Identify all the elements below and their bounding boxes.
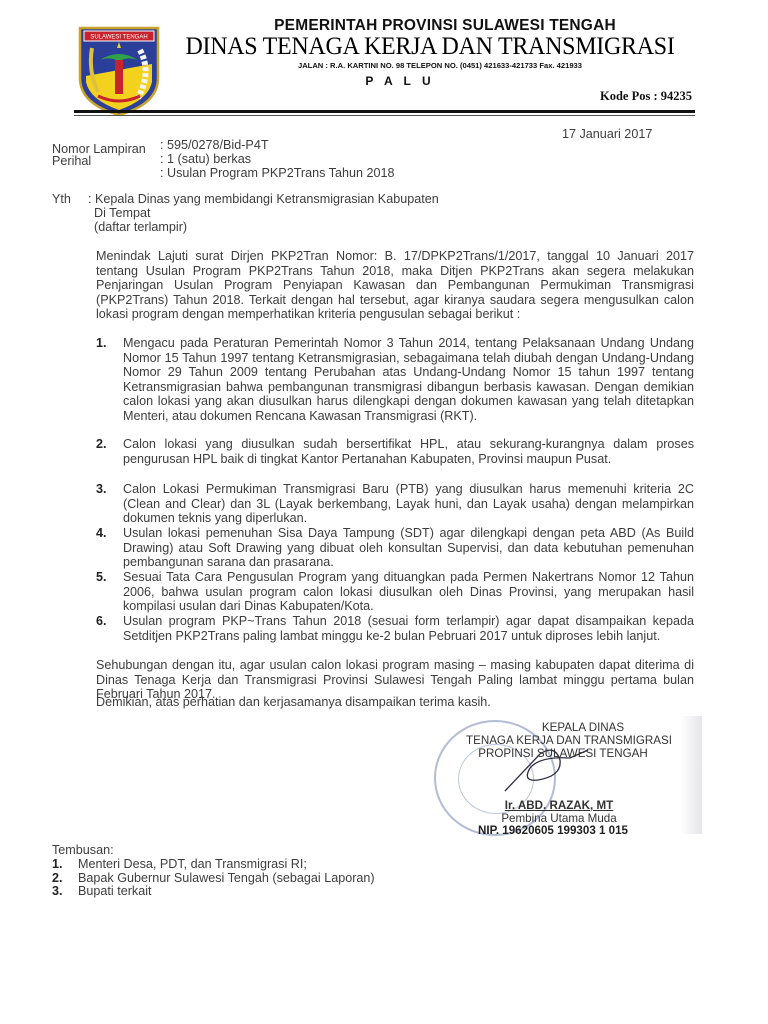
criteria-number: 5. (96, 570, 116, 585)
criteria-item: Mengacu pada Peraturan Pemerintah Nomor … (123, 336, 694, 424)
cc-number: 3. (52, 884, 63, 899)
letterhead-divider-thin (74, 115, 695, 116)
criteria-item: Sesuai Tata Cara Pengusulan Program yang… (123, 570, 694, 614)
criteria-item: Usulan program PKP~Trans Tahun 2018 (ses… (123, 614, 694, 643)
agency-address: JALAN : R.A. KARTINI NO. 98 TELEPON NO. … (180, 61, 700, 70)
criteria-number: 1. (96, 336, 116, 351)
criteria-number: 3. (96, 482, 116, 497)
criteria-number: 2. (96, 437, 116, 452)
postal-code: Kode Pos : 94235 (540, 89, 692, 104)
recipient-line-1: : Kepala Dinas yang membidangi Ketransmi… (88, 192, 439, 207)
criteria-item: Calon lokasi yang diusulkan sudah berser… (123, 437, 694, 466)
criteria-item: Usulan lokasi pemenuhan Sisa Daya Tampun… (123, 526, 694, 570)
thanks-paragraph: Demikian, atas perhatian dan kerjasamany… (96, 695, 694, 710)
meta-label-perihal: Perihal (52, 154, 91, 169)
recipient-label: Yth (52, 192, 71, 207)
letterhead-divider (74, 110, 695, 113)
agency-city: P A L U (300, 74, 500, 88)
cc-number: 1. (52, 857, 63, 872)
criteria-item: Calon Lokasi Permukiman Transmigrasi Bar… (123, 482, 694, 526)
coat-of-arms-logo-icon: SULAWESI TENGAH (78, 26, 160, 116)
signature-title-2: TENAGA KERJA DAN TRANSMIGRASI (434, 735, 704, 748)
criteria-number: 4. (96, 526, 116, 541)
intro-paragraph: Menindak Lajuti surat Dirjen PKP2Tran No… (96, 249, 694, 322)
meta-value-nomor: : 595/0278/Bid-P4T (160, 138, 269, 153)
cc-item: Menteri Desa, PDT, dan Transmigrasi RI; (78, 857, 307, 872)
recipient-line-3: (daftar terlampir) (94, 220, 187, 235)
signatory-nip: NIP. 19620605 199303 1 015 (418, 825, 688, 838)
cc-item: Bupati terkait (78, 884, 152, 899)
signatory-name: Ir. ABD. RAZAK, MT (424, 800, 694, 813)
recipient-line-2: Di Tempat (94, 206, 150, 221)
meta-value-perihal: : Usulan Program PKP2Trans Tahun 2018 (160, 166, 395, 181)
meta-value-lampiran: : 1 (satu) berkas (160, 152, 251, 167)
cc-label: Tembusan: (52, 843, 114, 858)
agency-name: DINAS TENAGA KERJA DAN TRANSMIGRASI (171, 33, 689, 61)
letter-date: 17 Januari 2017 (562, 127, 652, 142)
signature-title-1: KEPALA DINAS (448, 722, 718, 735)
criteria-number: 6. (96, 614, 116, 629)
svg-text:SULAWESI TENGAH: SULAWESI TENGAH (90, 35, 147, 41)
signature-title-3: PROPINSI SULAWESI TENGAH (428, 748, 698, 761)
signature-block: KEPALA DINAS TENAGA KERJA DAN TRANSMIGRA… (430, 716, 700, 834)
